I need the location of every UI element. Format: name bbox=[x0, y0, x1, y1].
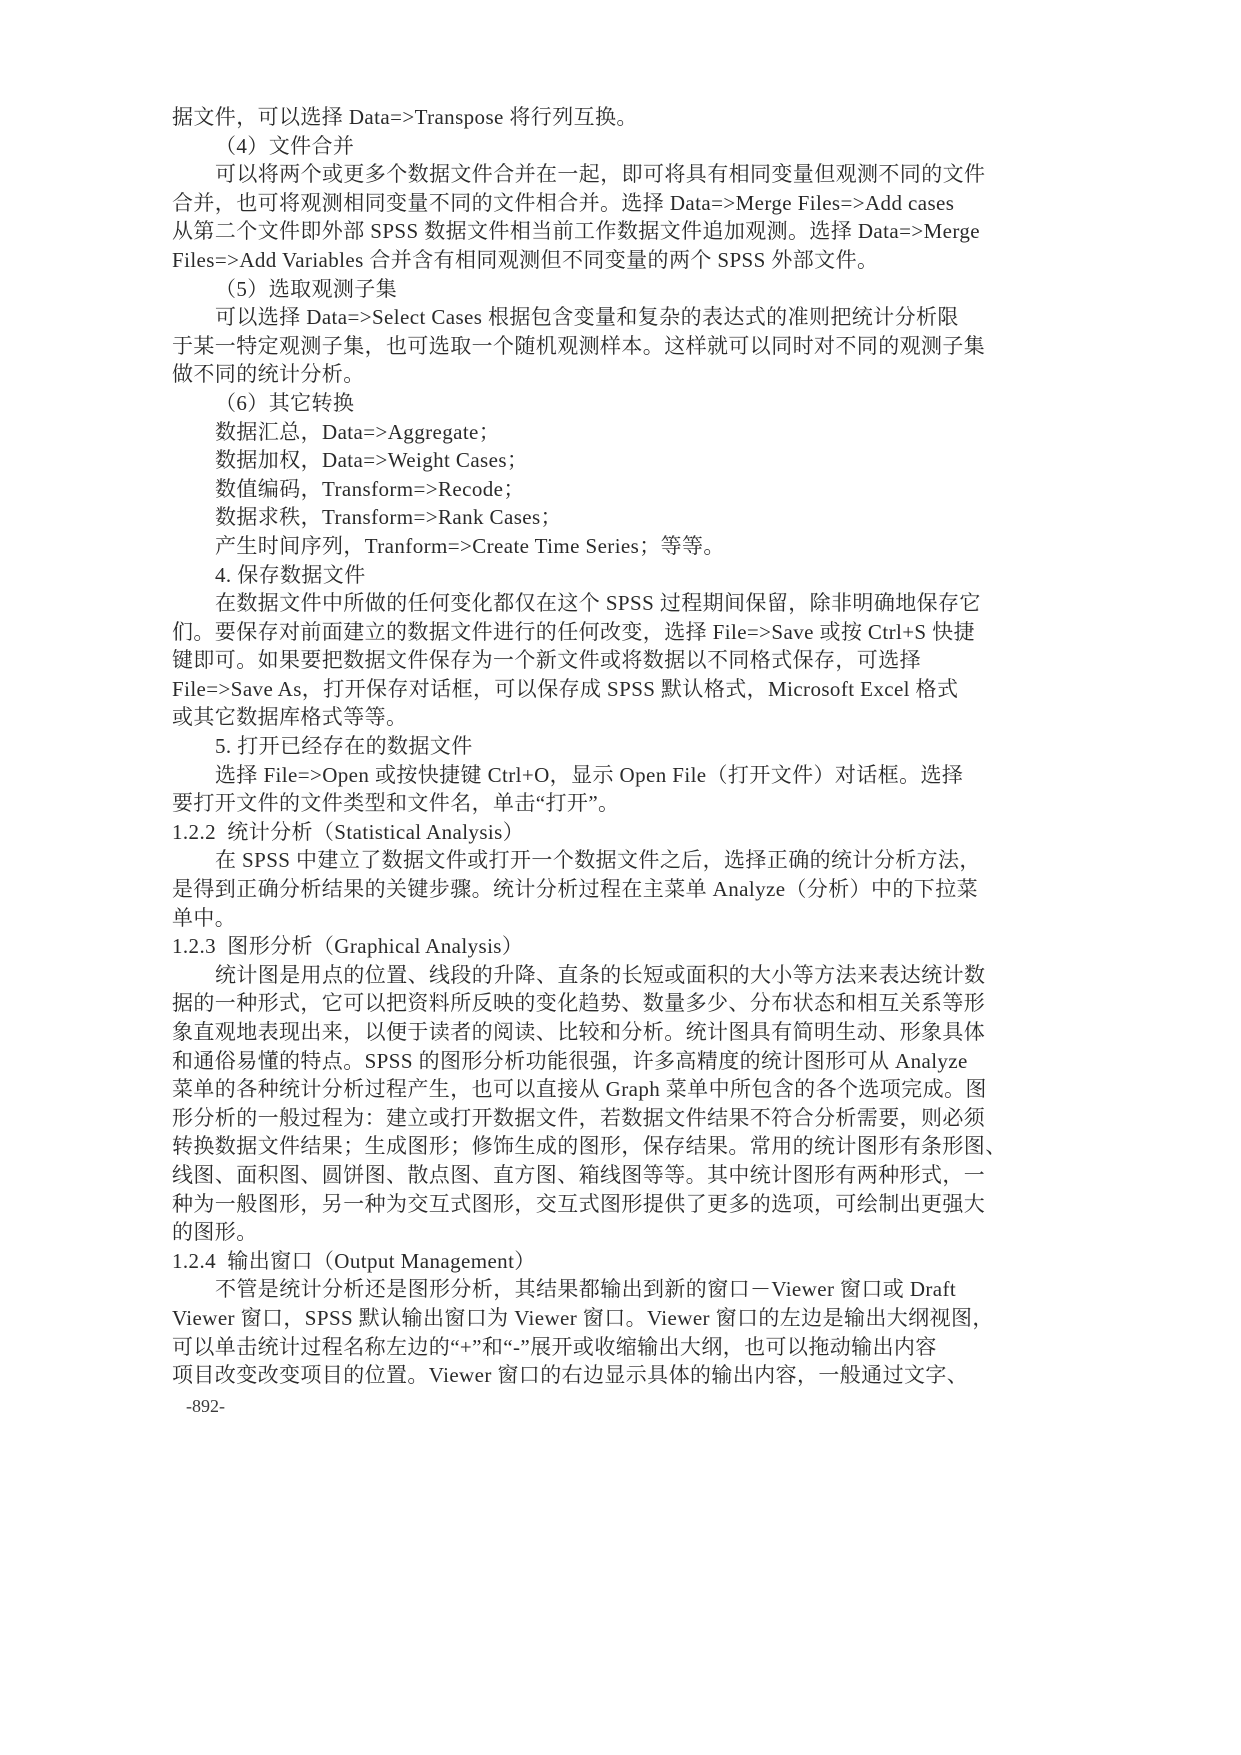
text-line: 可以单击统计过程名称左边的“+”和“-”展开或收缩输出大纲，也可以拖动输出内容 bbox=[172, 1333, 1078, 1362]
text-line: 1.2.4 输出窗口（Output Management） bbox=[172, 1247, 1078, 1276]
page-body: 据文件，可以选择 Data=>Transpose 将行列互换。（4）文件合并可以… bbox=[172, 103, 1078, 1419]
text-line: 形分析的一般过程为：建立或打开数据文件，若数据文件结果不符合分析需要，则必须 bbox=[172, 1104, 1078, 1133]
text-line: 在 SPSS 中建立了数据文件或打开一个数据文件之后，选择正确的统计分析方法， bbox=[172, 846, 1078, 875]
text-line: 1.2.3 图形分析（Graphical Analysis） bbox=[172, 932, 1078, 961]
text-line: 数值编码，Transform=>Recode； bbox=[172, 475, 1078, 504]
text-line: （5）选取观测子集 bbox=[172, 275, 1078, 304]
text-line: 数据求秩，Transform=>Rank Cases； bbox=[172, 503, 1078, 532]
text-line: 5. 打开已经存在的数据文件 bbox=[172, 732, 1078, 761]
text-line: 和通俗易懂的特点。SPSS 的图形分析功能很强，许多高精度的统计图形可从 Ana… bbox=[172, 1047, 1078, 1076]
text-line: 据的一种形式，它可以把资料所反映的变化趋势、数量多少、分布状态和相互关系等形 bbox=[172, 989, 1078, 1018]
text-line: 是得到正确分析结果的关键步骤。统计分析过程在主菜单 Analyze（分析）中的下… bbox=[172, 875, 1078, 904]
text-line: 数据加权，Data=>Weight Cases； bbox=[172, 446, 1078, 475]
text-line: Viewer 窗口，SPSS 默认输出窗口为 Viewer 窗口。Viewer … bbox=[172, 1304, 1078, 1333]
text-line: 可以选择 Data=>Select Cases 根据包含变量和复杂的表达式的准则… bbox=[172, 303, 1078, 332]
text-line: 从第二个文件即外部 SPSS 数据文件相当前工作数据文件追加观测。选择 Data… bbox=[172, 217, 1078, 246]
text-line: 要打开文件的文件类型和文件名，单击“打开”。 bbox=[172, 789, 1078, 818]
text-line: 做不同的统计分析。 bbox=[172, 360, 1078, 389]
text-line: 们。要保存对前面建立的数据文件进行的任何改变，选择 File=>Save 或按 … bbox=[172, 618, 1078, 647]
text-line: 不管是统计分析还是图形分析，其结果都输出到新的窗口－Viewer 窗口或 Dra… bbox=[172, 1275, 1078, 1304]
document-page: 据文件，可以选择 Data=>Transpose 将行列互换。（4）文件合并可以… bbox=[0, 0, 1241, 1755]
text-line: 项目改变改变项目的位置。Viewer 窗口的右边显示具体的输出内容，一般通过文字… bbox=[172, 1361, 1078, 1390]
text-line: 象直观地表现出来，以便于读者的阅读、比较和分析。统计图具有简明生动、形象具体 bbox=[172, 1018, 1078, 1047]
text-line: 菜单的各种统计分析过程产生，也可以直接从 Graph 菜单中所包含的各个选项完成… bbox=[172, 1075, 1078, 1104]
text-line: （4）文件合并 bbox=[172, 132, 1078, 161]
text-line: 键即可。如果要把数据文件保存为一个新文件或将数据以不同格式保存，可选择 bbox=[172, 646, 1078, 675]
text-line: （6）其它转换 bbox=[172, 389, 1078, 418]
text-line: Files=>Add Variables 合并含有相同观测但不同变量的两个 SP… bbox=[172, 246, 1078, 275]
text-line: 1.2.2 统计分析（Statistical Analysis） bbox=[172, 818, 1078, 847]
text-line: 于某一特定观测子集，也可选取一个随机观测样本。这样就可以同时对不同的观测子集 bbox=[172, 332, 1078, 361]
text-line: 线图、面积图、圆饼图、散点图、直方图、箱线图等等。其中统计图形有两种形式，一 bbox=[172, 1161, 1078, 1190]
text-line: 统计图是用点的位置、线段的升降、直条的长短或面积的大小等方法来表达统计数 bbox=[172, 961, 1078, 990]
text-line: File=>Save As，打开保存对话框，可以保存成 SPSS 默认格式，Mi… bbox=[172, 675, 1078, 704]
text-line: 数据汇总，Data=>Aggregate； bbox=[172, 418, 1078, 447]
text-line: 产生时间序列，Tranform=>Create Time Series；等等。 bbox=[172, 532, 1078, 561]
text-line: 或其它数据库格式等等。 bbox=[172, 703, 1078, 732]
text-line: 单中。 bbox=[172, 904, 1078, 933]
page-number: -892- bbox=[172, 1393, 1078, 1419]
text-line: 的图形。 bbox=[172, 1218, 1078, 1247]
text-line: 合并，也可将观测相同变量不同的文件相合并。选择 Data=>Merge File… bbox=[172, 189, 1078, 218]
text-line: 可以将两个或更多个数据文件合并在一起，即可将具有相同变量但观测不同的文件 bbox=[172, 160, 1078, 189]
text-line: 转换数据文件结果；生成图形；修饰生成的图形，保存结果。常用的统计图形有条形图、 bbox=[172, 1132, 1078, 1161]
text-line: 据文件，可以选择 Data=>Transpose 将行列互换。 bbox=[172, 103, 1078, 132]
text-line: 选择 File=>Open 或按快捷键 Ctrl+O，显示 Open File（… bbox=[172, 761, 1078, 790]
text-line: 4. 保存数据文件 bbox=[172, 561, 1078, 590]
text-line: 种为一般图形，另一种为交互式图形，交互式图形提供了更多的选项，可绘制出更强大 bbox=[172, 1190, 1078, 1219]
text-line: 在数据文件中所做的任何变化都仅在这个 SPSS 过程期间保留，除非明确地保存它 bbox=[172, 589, 1078, 618]
